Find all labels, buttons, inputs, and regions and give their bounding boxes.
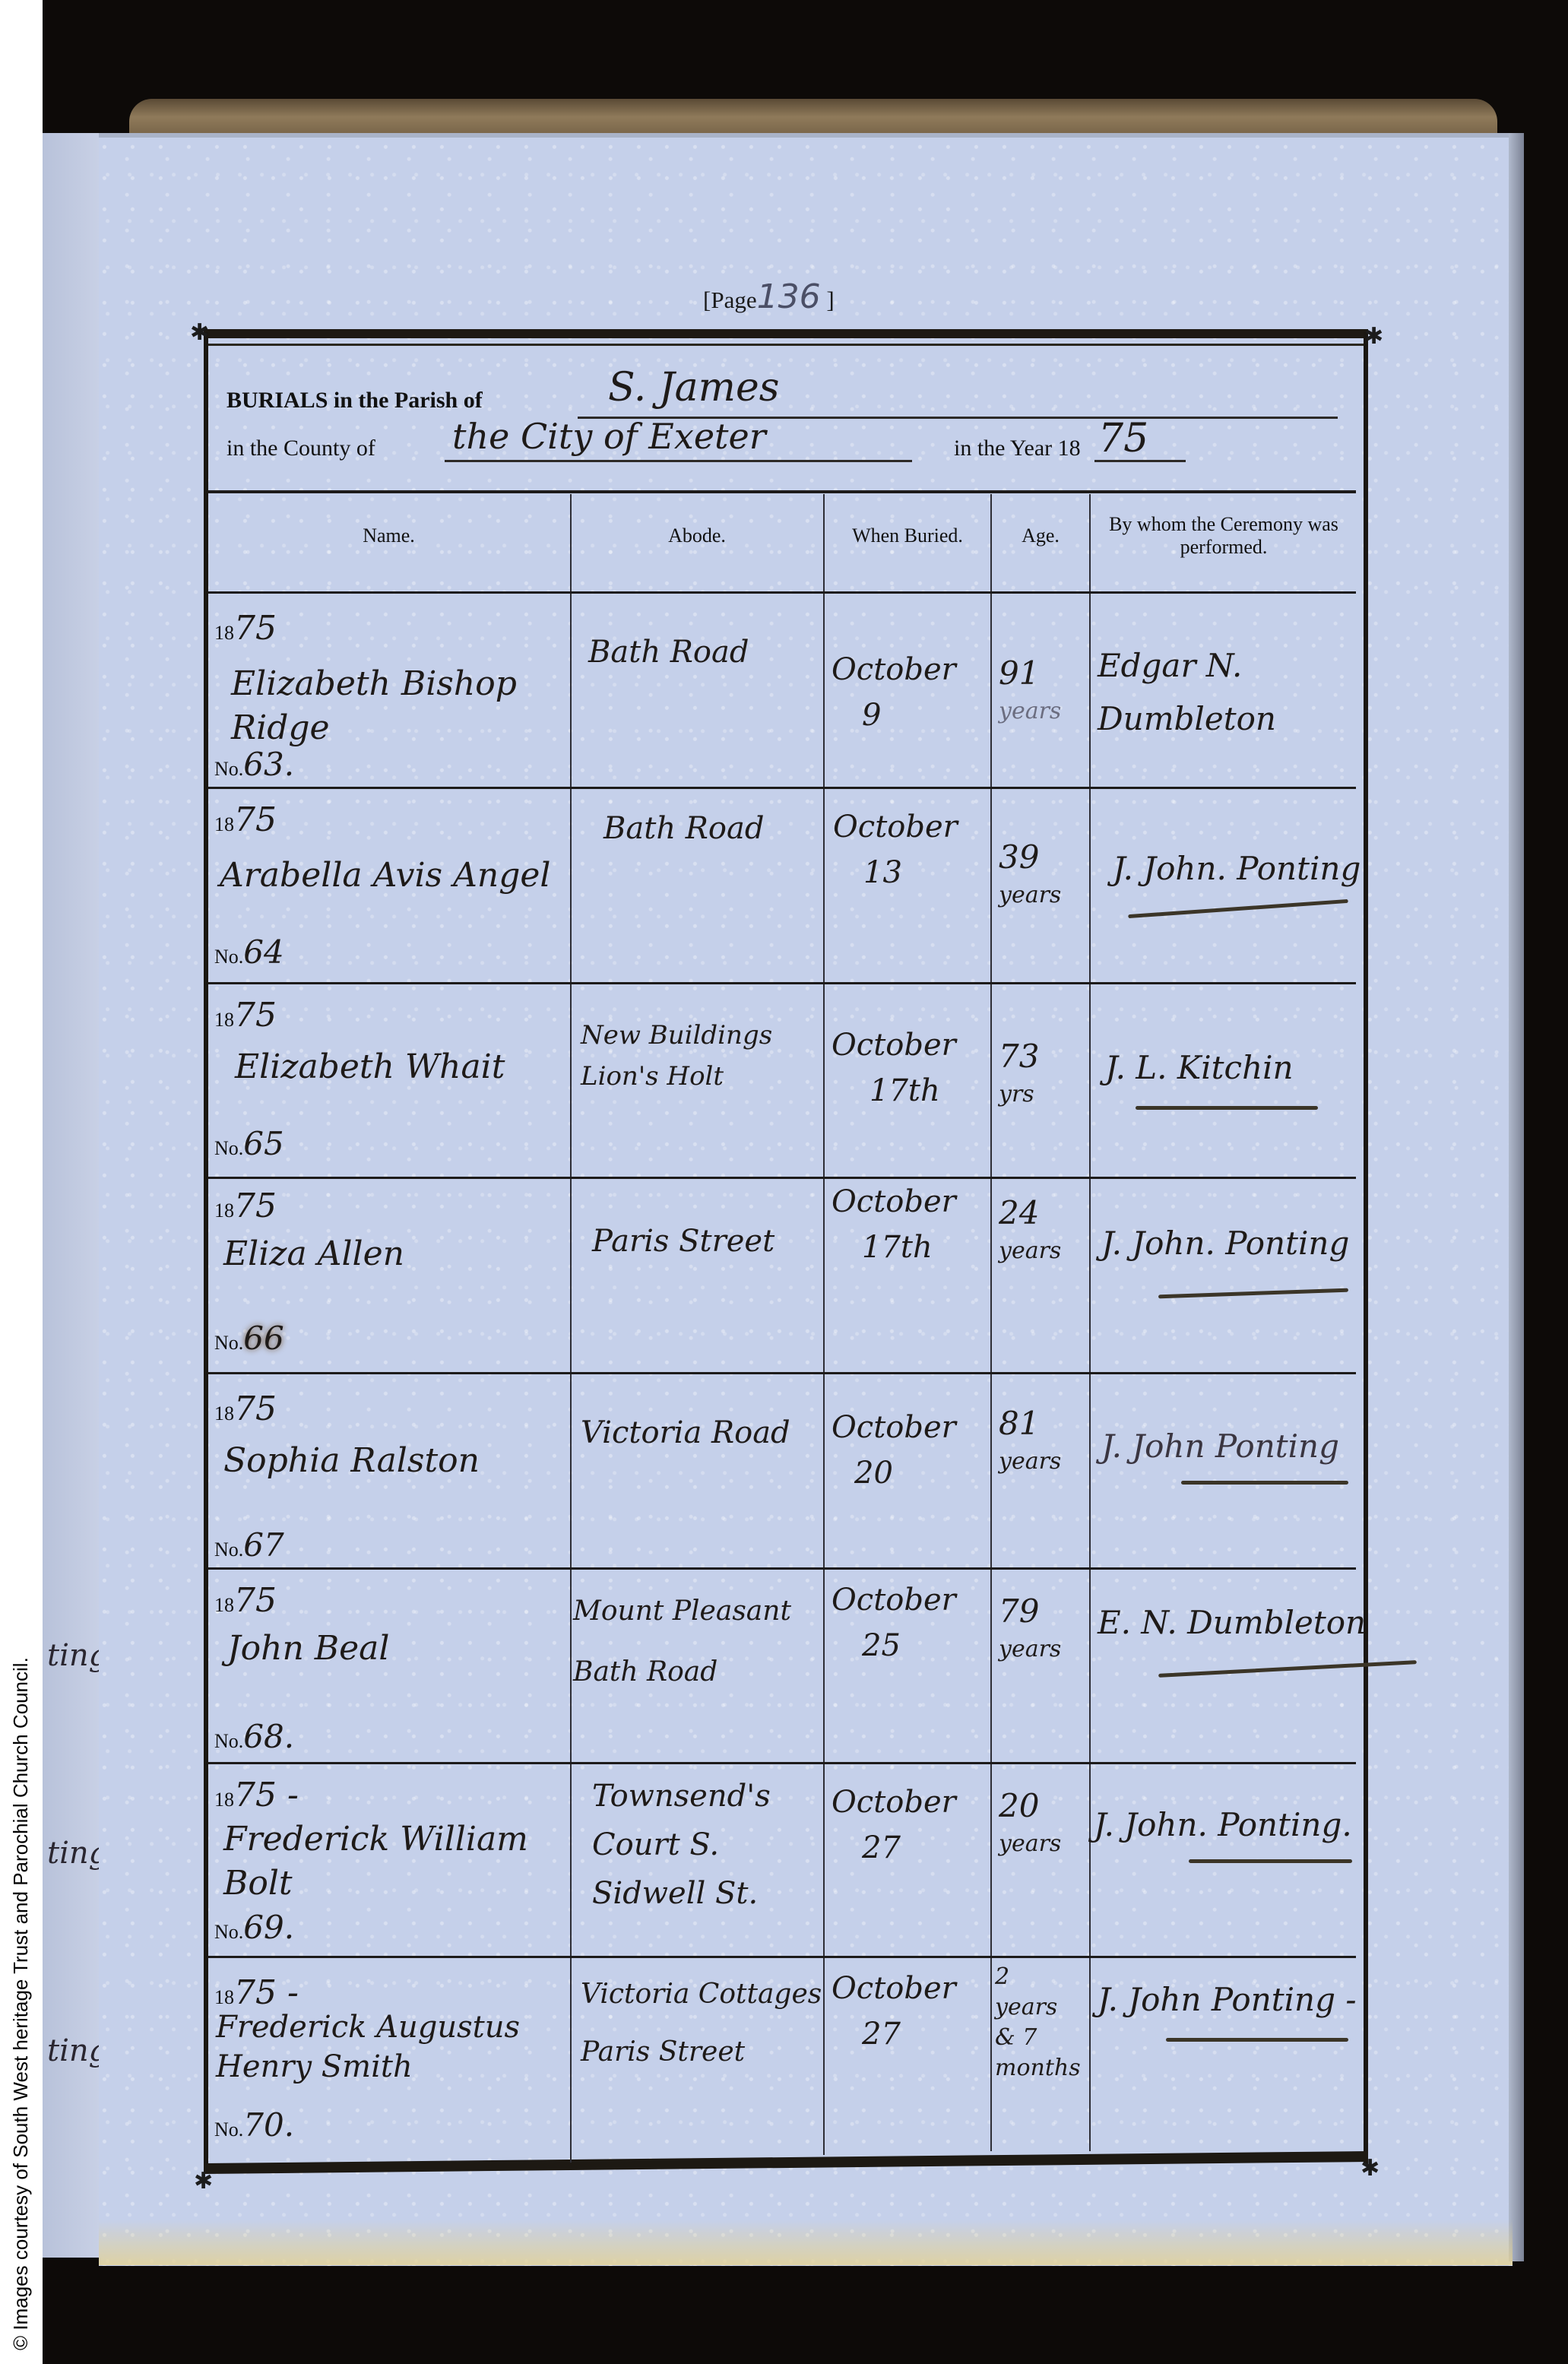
copyright-notice: © Images courtesy of South West heritage… bbox=[8, 1493, 34, 2356]
parish-value: S. James bbox=[608, 365, 779, 410]
burial-entry: 1875 Elizabeth Whait No.65 New Buildings… bbox=[208, 984, 1356, 1177]
entry-name: Elizabeth Bishop Ridge bbox=[231, 662, 565, 750]
year-label: in the Year 18 bbox=[954, 436, 1081, 461]
burial-entry: 1875 - Frederick Augustus Henry Smith No… bbox=[208, 1958, 1356, 2157]
year-value: 75 bbox=[1098, 416, 1148, 461]
column-header-abode: Abode. bbox=[572, 524, 822, 547]
entry-name: Frederick William Bolt bbox=[223, 1817, 543, 1906]
signature-underline bbox=[1128, 899, 1348, 918]
asterisk-ornament-icon: ✱ bbox=[1364, 323, 1383, 350]
entry-year: 1875 bbox=[214, 1581, 277, 1620]
entry-age: 73yrs bbox=[999, 1038, 1039, 1114]
page-number: [Page136 ] bbox=[703, 277, 835, 316]
burial-entry: 1875 Sophia Ralston No.67 Victoria Road … bbox=[208, 1374, 1356, 1567]
asterisk-ornament-icon: ✱ bbox=[190, 319, 209, 346]
entry-year: 1875 bbox=[214, 1187, 277, 1225]
asterisk-ornament-icon: ✱ bbox=[194, 2168, 213, 2194]
entry-name: Arabella Avis Angel bbox=[220, 854, 569, 898]
entry-when-buried: October9 bbox=[832, 647, 991, 738]
entry-number: No.67 bbox=[214, 1526, 284, 1564]
entry-name: Elizabeth Whait bbox=[235, 1045, 554, 1089]
column-header-age: Age. bbox=[992, 524, 1089, 547]
entry-year: 1875 bbox=[214, 800, 277, 839]
left-facing-page: ting. ting. ting bbox=[43, 133, 106, 2258]
entry-abode: Mount Pleasant Bath Road bbox=[573, 1581, 824, 1703]
page-label: [Page bbox=[703, 287, 757, 313]
entry-year: 1875 bbox=[214, 1390, 277, 1428]
entry-abode: Paris Street bbox=[592, 1221, 835, 1262]
entry-year: 1875 bbox=[214, 996, 277, 1035]
parish-label: BURIALS in the Parish of bbox=[226, 388, 483, 414]
entry-minister: Edgar N. Dumbleton bbox=[1098, 639, 1348, 746]
entry-age: 20years bbox=[999, 1787, 1061, 1863]
page-number-value: 136 bbox=[757, 277, 821, 316]
entry-number: No.69. bbox=[214, 1909, 294, 1946]
entry-name: Frederick Augustus Henry Smith bbox=[216, 2007, 565, 2087]
column-header-name: Name. bbox=[208, 524, 569, 547]
entry-when-buried: October20 bbox=[832, 1405, 991, 1496]
entry-age: 2 years & 7months bbox=[995, 1962, 1071, 2084]
burial-entry: 1875 John Beal No.68. Mount Pleasant Bat… bbox=[208, 1570, 1356, 1762]
entry-name: Sophia Ralston bbox=[223, 1439, 558, 1483]
entry-number: No.66 bbox=[214, 1320, 284, 1357]
entry-abode: New Buildings Lion's Holt bbox=[581, 1015, 824, 1097]
entry-number: No.64 bbox=[214, 933, 284, 971]
burial-entry: 1875 Elizabeth Bishop Ridge No.63. Bath … bbox=[208, 594, 1356, 787]
column-header-when-buried: When Buried. bbox=[825, 524, 990, 547]
entry-year: 1875 - bbox=[214, 1973, 299, 2012]
parish-field: S. James bbox=[578, 371, 1338, 419]
entry-year: 1875 - bbox=[214, 1776, 299, 1814]
entry-minister: J. John. Ponting bbox=[1101, 1225, 1349, 1262]
burial-entry: 1875 - Frederick William Bolt No.69. Tow… bbox=[208, 1764, 1356, 1956]
entry-when-buried: October25 bbox=[832, 1577, 991, 1668]
entry-when-buried: October27 bbox=[832, 1966, 991, 2057]
county-field: the City of Exeter bbox=[445, 422, 912, 462]
entry-minister: J. John Ponting bbox=[1101, 1428, 1339, 1465]
entry-minister: E. N. Dumbleton bbox=[1098, 1604, 1366, 1641]
entry-when-buried: October13 bbox=[833, 804, 993, 895]
entry-age: 79years bbox=[999, 1592, 1061, 1668]
county-label: in the County of bbox=[226, 436, 375, 461]
column-header-minister: By whom the Ceremony was performed. bbox=[1094, 513, 1353, 559]
entry-abode: Victoria Road bbox=[581, 1412, 832, 1453]
entry-abode: Townsend's Court S. Sidwell St. bbox=[592, 1772, 828, 1918]
entry-when-buried: October17th bbox=[832, 1022, 991, 1114]
entry-number: No.63. bbox=[214, 746, 294, 783]
parish-label-text: BURIALS in the Parish of bbox=[226, 388, 483, 413]
signature-underline bbox=[1158, 1288, 1348, 1299]
entry-minister: J. John. Ponting. bbox=[1094, 1806, 1352, 1843]
entry-age: 91years bbox=[999, 654, 1061, 730]
entry-abode: Bath Road bbox=[588, 632, 816, 673]
entry-minister: J. L. Kitchin bbox=[1105, 1049, 1294, 1086]
header-divider bbox=[208, 490, 1356, 493]
entry-minister: J. John Ponting - bbox=[1098, 1981, 1357, 2018]
entry-number: No.70. bbox=[214, 2106, 294, 2144]
entry-age: 81years bbox=[999, 1405, 1061, 1481]
entry-abode: Bath Road bbox=[603, 808, 786, 849]
entry-year: 1875 bbox=[214, 609, 277, 648]
signature-underline bbox=[1136, 1106, 1318, 1110]
burial-entry: 1875 Arabella Avis Angel No.64 Bath Road… bbox=[208, 789, 1356, 982]
entry-number: No.68. bbox=[214, 1718, 294, 1755]
signature-underline bbox=[1189, 1859, 1352, 1863]
page-label-close: ] bbox=[826, 287, 834, 313]
page-edge bbox=[1509, 133, 1524, 2261]
entry-when-buried: October27 bbox=[832, 1779, 991, 1871]
entry-name: Eliza Allen bbox=[223, 1232, 543, 1276]
year-field: 75 bbox=[1094, 422, 1186, 462]
entry-minister: J. John. Ponting bbox=[1113, 850, 1361, 887]
asterisk-ornament-icon: ✱ bbox=[1361, 2155, 1380, 2182]
entry-abode: Victoria Cottages Paris Street bbox=[581, 1966, 832, 2081]
entry-age: 39years bbox=[999, 838, 1061, 914]
signature-underline bbox=[1166, 2038, 1348, 2042]
page-stain bbox=[99, 2220, 1513, 2265]
signature-underline bbox=[1181, 1481, 1348, 1485]
burial-entry: 1875 Eliza Allen No.66 Paris Street Octo… bbox=[208, 1179, 1356, 1372]
county-value: the City of Exeter bbox=[452, 416, 766, 457]
entry-when-buried: October17th bbox=[832, 1179, 991, 1270]
entry-name: John Beal bbox=[227, 1627, 562, 1671]
entry-age: 24years bbox=[999, 1194, 1061, 1270]
entry-number: No.65 bbox=[214, 1125, 284, 1162]
